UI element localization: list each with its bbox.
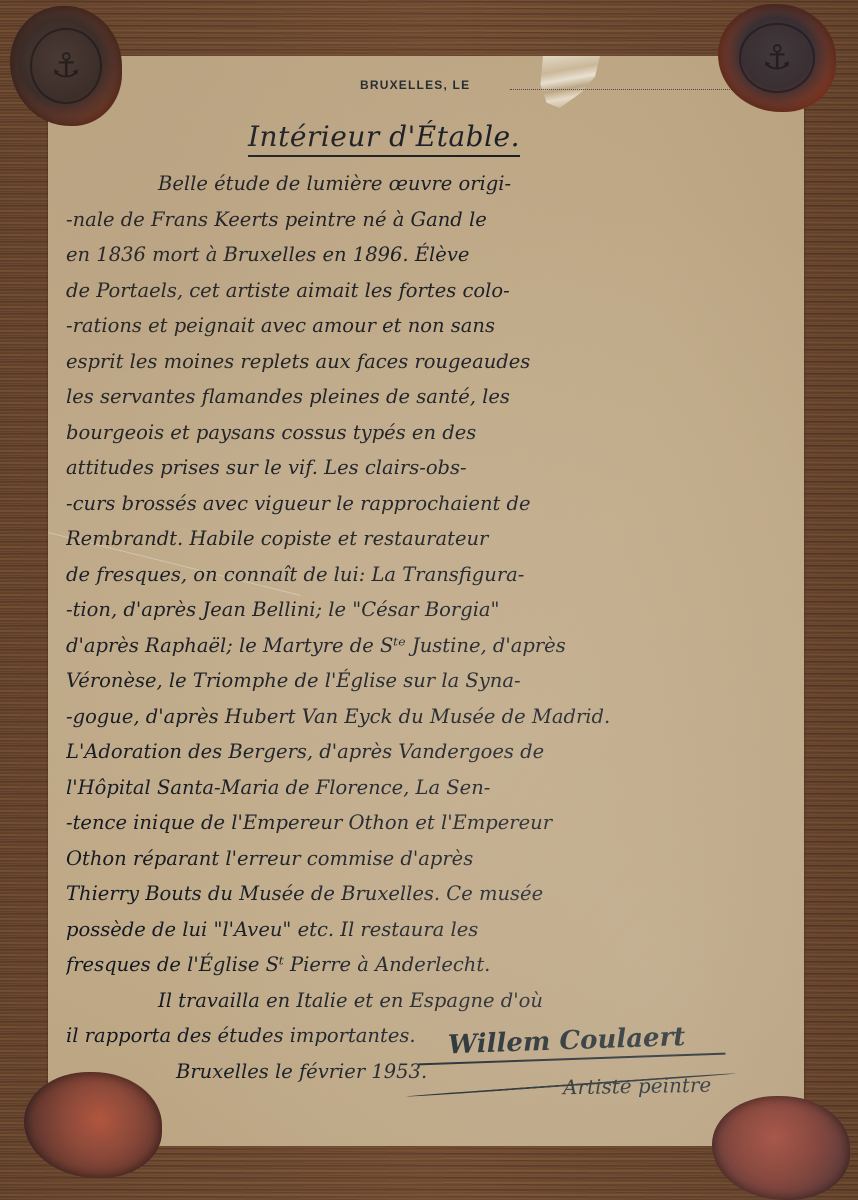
body-line: Thierry Bouts du Musée de Bruxelles. Ce … [66, 876, 794, 912]
letterhead: BRUXELLES, LE [360, 78, 470, 92]
torn-tape-remnant [538, 56, 600, 108]
anchor-icon: ⚓ [718, 4, 836, 112]
anchor-icon: ⚓ [10, 6, 122, 126]
body-line: d'après Raphaël; le Martyre de Sᵗᵉ Justi… [66, 628, 794, 664]
body-line: attitudes prises sur le vif. Les clairs-… [66, 450, 794, 486]
body-line: en 1836 mort à Bruxelles en 1896. Élève [66, 237, 794, 273]
closing-line: Il travailla en Italie et en Espagne d'o… [66, 983, 794, 1019]
body-line: de fresques, on connaît de lui: La Trans… [66, 557, 794, 593]
wax-seal-top-left: ⚓ [10, 6, 122, 126]
wax-seal-bottom-left [24, 1072, 162, 1178]
letterhead-city: BRUXELLES, LE [360, 78, 470, 92]
body-line: bourgeois et paysans cossus typés en des [66, 415, 794, 451]
body-line: -rations et peignait avec amour et non s… [66, 308, 794, 344]
signature-title: Artiste peintre [563, 1073, 712, 1100]
body-line: -tence inique de l'Empereur Othon et l'E… [66, 805, 794, 841]
body-line: fresques de l'Église Sᵗ Pierre à Anderle… [66, 947, 794, 983]
body-line: de Portaels, cet artiste aimait les fort… [66, 273, 794, 309]
body-line: -curs brossés avec vigueur le rapprochai… [66, 486, 794, 522]
body-line: l'Hôpital Santa-Maria de Florence, La Se… [66, 770, 794, 806]
body-line: Rembrandt. Habile copiste et restaurateu… [66, 521, 794, 557]
body-line: Belle étude de lumière œuvre origi- [66, 166, 794, 202]
document-body: Belle étude de lumière œuvre origi- -nal… [66, 166, 794, 1089]
wax-seal-bottom-right [712, 1096, 850, 1200]
body-line: -gogue, d'après Hubert Van Eyck du Musée… [66, 699, 794, 735]
body-line: -tion, d'après Jean Bellini; le "César B… [66, 592, 794, 628]
body-line: Othon réparant l'erreur commise d'après [66, 841, 794, 877]
document-title: Intérieur d'Étable. [248, 120, 520, 157]
document-paper: BRUXELLES, LE Intérieur d'Étable. Belle … [48, 56, 804, 1146]
body-line: -nale de Frans Keerts peintre né à Gand … [66, 202, 794, 238]
body-line: les servantes flamandes pleines de santé… [66, 379, 794, 415]
body-line: L'Adoration des Bergers, d'après Vanderg… [66, 734, 794, 770]
body-line: Véronèse, le Triomphe de l'Église sur la… [66, 663, 794, 699]
body-line: esprit les moines replets aux faces roug… [66, 344, 794, 380]
body-line: possède de lui "l'Aveu" etc. Il restaura… [66, 912, 794, 948]
wax-seal-top-right: ⚓ [718, 4, 836, 112]
